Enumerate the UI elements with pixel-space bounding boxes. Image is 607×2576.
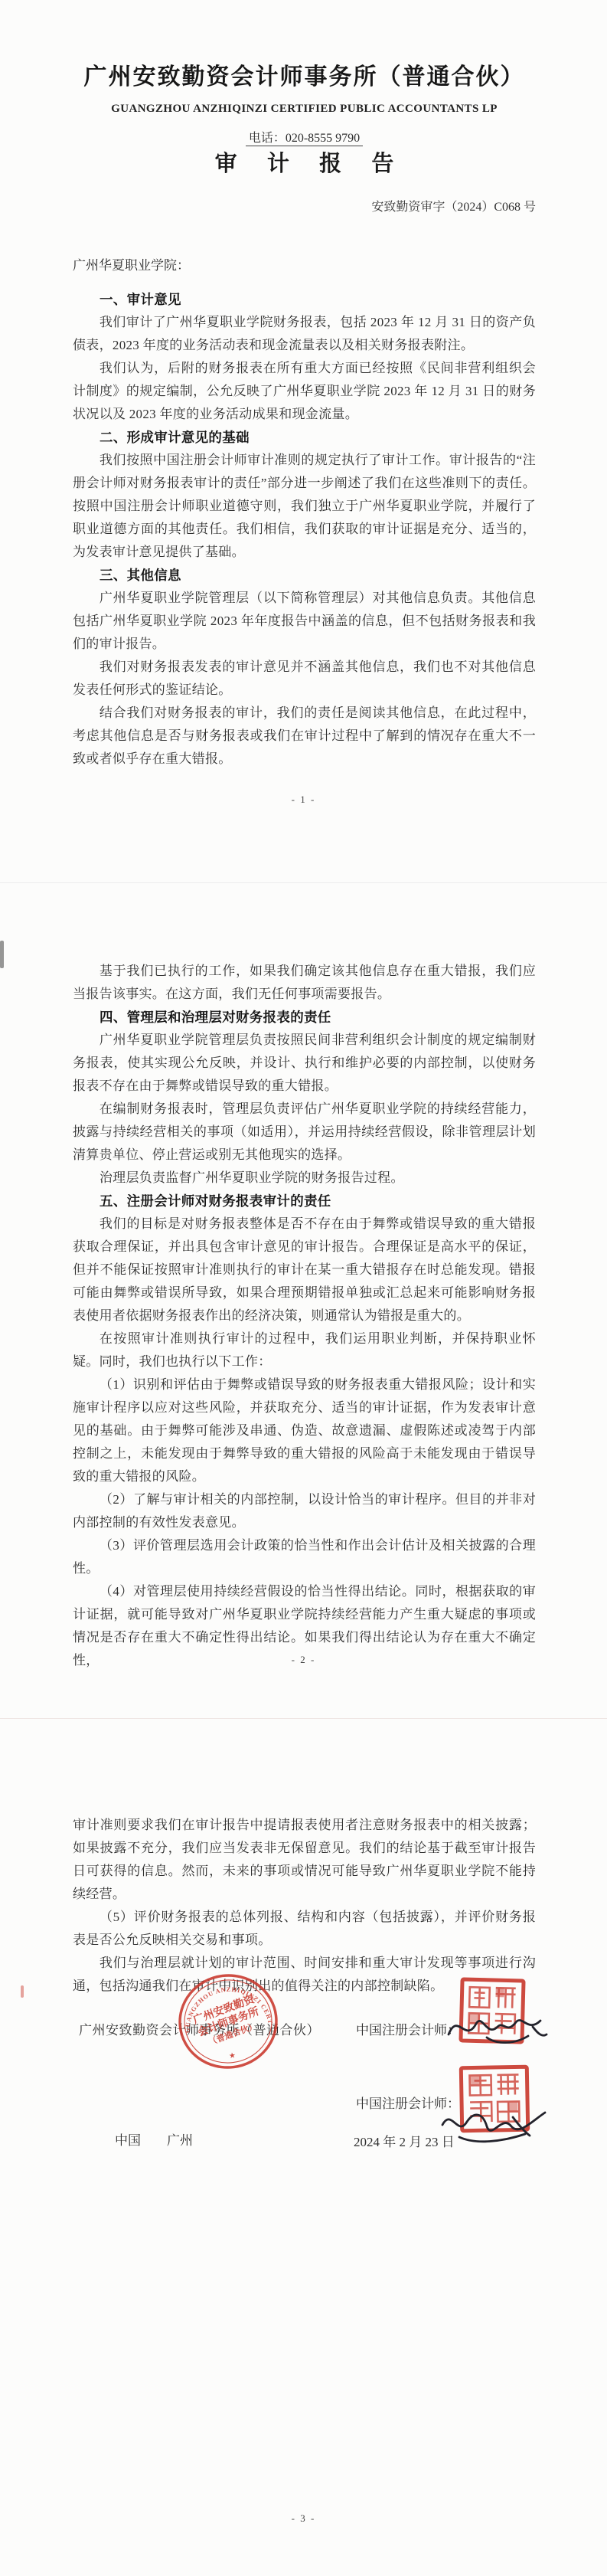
report-title: 审 计 报 告 [73,150,536,178]
page-3-body: 审计准则要求我们在审计报告中提请报表使用者注意财务报表中的相关披露；如果披露不充… [73,1814,536,1998]
paragraph: 我们按照中国注册会计师审计准则的规定执行了审计工作。审计报告的“注册会计师对财务… [73,449,536,564]
paragraph: 在按照审计准则执行审计的过程中，我们运用职业判断，并保持职业怀疑。同时，我们也执… [73,1327,536,1373]
paragraph: 审计准则要求我们在审计报告中提请报表使用者注意财务报表中的相关披露；如果披露不充… [73,1814,536,1906]
page-1: 广州安致勤资会计师事务所（普通合伙） GUANGZHOU ANZHIQINZI … [0,0,607,882]
paragraph: 治理层负责监督广州华夏职业学院的财务报告过程。 [73,1167,536,1190]
audit-report-document: 广州安致勤资会计师事务所（普通合伙） GUANGZHOU ANZHIQINZI … [0,0,607,2576]
firm-name-cn: 广州安致勤资会计师事务所（普通合伙） [73,63,536,92]
paragraph: 广州华夏职业学院管理层（以下简称管理层）对其他信息负责。其他信息包括广州华夏职业… [73,587,536,656]
cpa-signature-2 [438,2100,551,2148]
page-2: 基于我们已执行的工作，如果我们确定该其他信息存在重大错报，我们应当报告该事实。在… [0,882,607,1718]
paragraph: 广州华夏职业学院管理层负责按照民间非营利组织会计制度的规定编制财务报表，使其实现… [73,1029,536,1098]
seal-star-icon: ★ [228,2051,236,2060]
paragraph: 我们审计了广州华夏职业学院财务报表，包括 2023 年 12 月 31 日的资产… [73,311,536,357]
paragraph: （2）了解与审计相关的内部控制，以设计恰当的审计程序。但目的并非对内部控制的有效… [73,1488,536,1534]
paragraph: 基于我们已执行的工作，如果我们确定该其他信息存在重大错报，我们应当报告该事实。在… [73,960,536,1006]
section-heading-2: 二、形成审计意见的基础 [73,426,536,449]
firm-name-en: GUANGZHOU ANZHIQINZI CERTIFIED PUBLIC AC… [73,101,536,116]
paragraph: （5）评价财务报表的总体列报、结构和内容（包括披露），并评价财务报表是否公允反映… [73,1906,536,1952]
report-number: 安致勤资审字（2024）C068 号 [73,199,536,216]
page-number-3: - 3 - [0,2512,607,2525]
paragraph: 我们认为，后附的财务报表在所有重大方面已经按照《民间非营利组织会计制度》的规定编… [73,357,536,426]
paragraph: 我们对财务报表发表的审计意见并不涵盖其他信息，我们也不对其他信息发表任何形式的鉴… [73,656,536,702]
section-heading-5: 五、注册会计师对财务报表审计的责任 [73,1190,536,1213]
paragraph: （3）评价管理层选用会计政策的恰当性和作出会计估计及相关披露的合理性。 [73,1534,536,1580]
section-heading-1: 一、审计意见 [73,288,536,311]
paragraph: 结合我们对财务报表的审计，我们的责任是阅读其他信息，在此过程中，考虑其他信息是否… [73,702,536,771]
phone-number: 020-8555 9790 [286,132,360,145]
page-number-1: - 1 - [0,794,607,806]
page-1-body: 一、审计意见 我们审计了广州华夏职业学院财务报表，包括 2023 年 12 月 … [73,288,536,771]
scan-artifact-red [21,1985,24,1998]
paragraph: 我们的目标是对财务报表整体是否不存在由于舞弊或错误导致的重大错报获取合理保证，并… [73,1213,536,1327]
paragraph: 在编制财务报表时，管理层负责评估广州华夏职业学院的持续经营能力，披露与持续经营相… [73,1098,536,1167]
phone-line: 电话：020-8555 9790 [73,130,536,147]
page-2-body: 基于我们已执行的工作，如果我们确定该其他信息存在重大错报，我们应当报告该事实。在… [73,960,536,1672]
phone-label: 电话： [249,132,286,145]
signature-place: 中国 广州 [115,2131,193,2151]
page-3: 审计准则要求我们在审计报告中提请报表使用者注意财务报表中的相关披露；如果披露不充… [0,1718,607,2576]
cpa-signature-1 [442,2004,551,2048]
page-number-2: - 2 - [0,1654,607,1666]
section-heading-3: 三、其他信息 [73,564,536,587]
firm-round-seal: GUANGZHOU ANZHIQINZI CERTIFIED PUBLIC AC… [171,1966,286,2076]
paragraph: （1）识别和评估由于舞弊或错误导致的财务报表重大错报风险；设计和实施审计程序以应… [73,1373,536,1488]
section-heading-4: 四、管理层和治理层对财务报表的责任 [73,1006,536,1029]
scan-artifact-dark [0,941,4,968]
addressee: 广州华夏职业学院： [73,256,536,276]
